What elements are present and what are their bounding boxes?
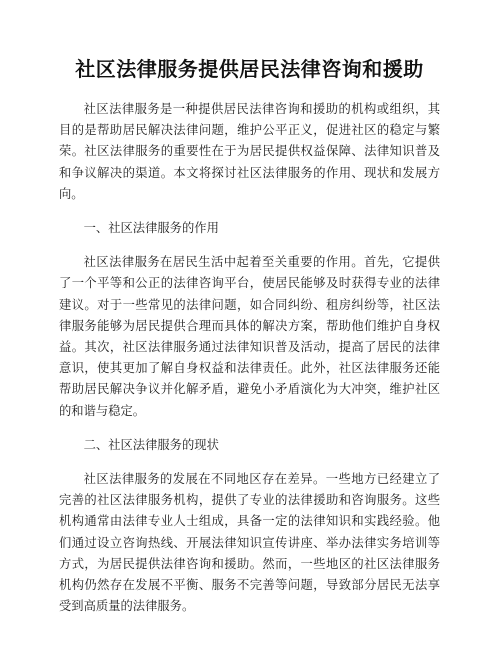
document-page: 社区法律服务提供居民法律咨询和援助 社区法律服务是一种提供居民法律咨询和援助的机… <box>0 0 502 649</box>
paragraph-role: 社区法律服务在居民生活中起着至关重要的作用。首先，它提供了一个平等和公正的法律咨… <box>59 252 440 422</box>
section-heading-status: 二、社区法律服务的现状 <box>59 435 440 456</box>
section-heading-role: 一、社区法律服务的作用 <box>59 218 440 239</box>
paragraph-status: 社区法律服务的发展在不同地区存在差异。一些地方已经建立了完善的社区法律服务机构，… <box>59 469 440 617</box>
document-title: 社区法律服务提供居民法律咨询和援助 <box>59 55 440 85</box>
paragraph-intro: 社区法律服务是一种提供居民法律咨询和援助的机构或组织，其目的是帮助居民解决法律问… <box>59 99 440 205</box>
